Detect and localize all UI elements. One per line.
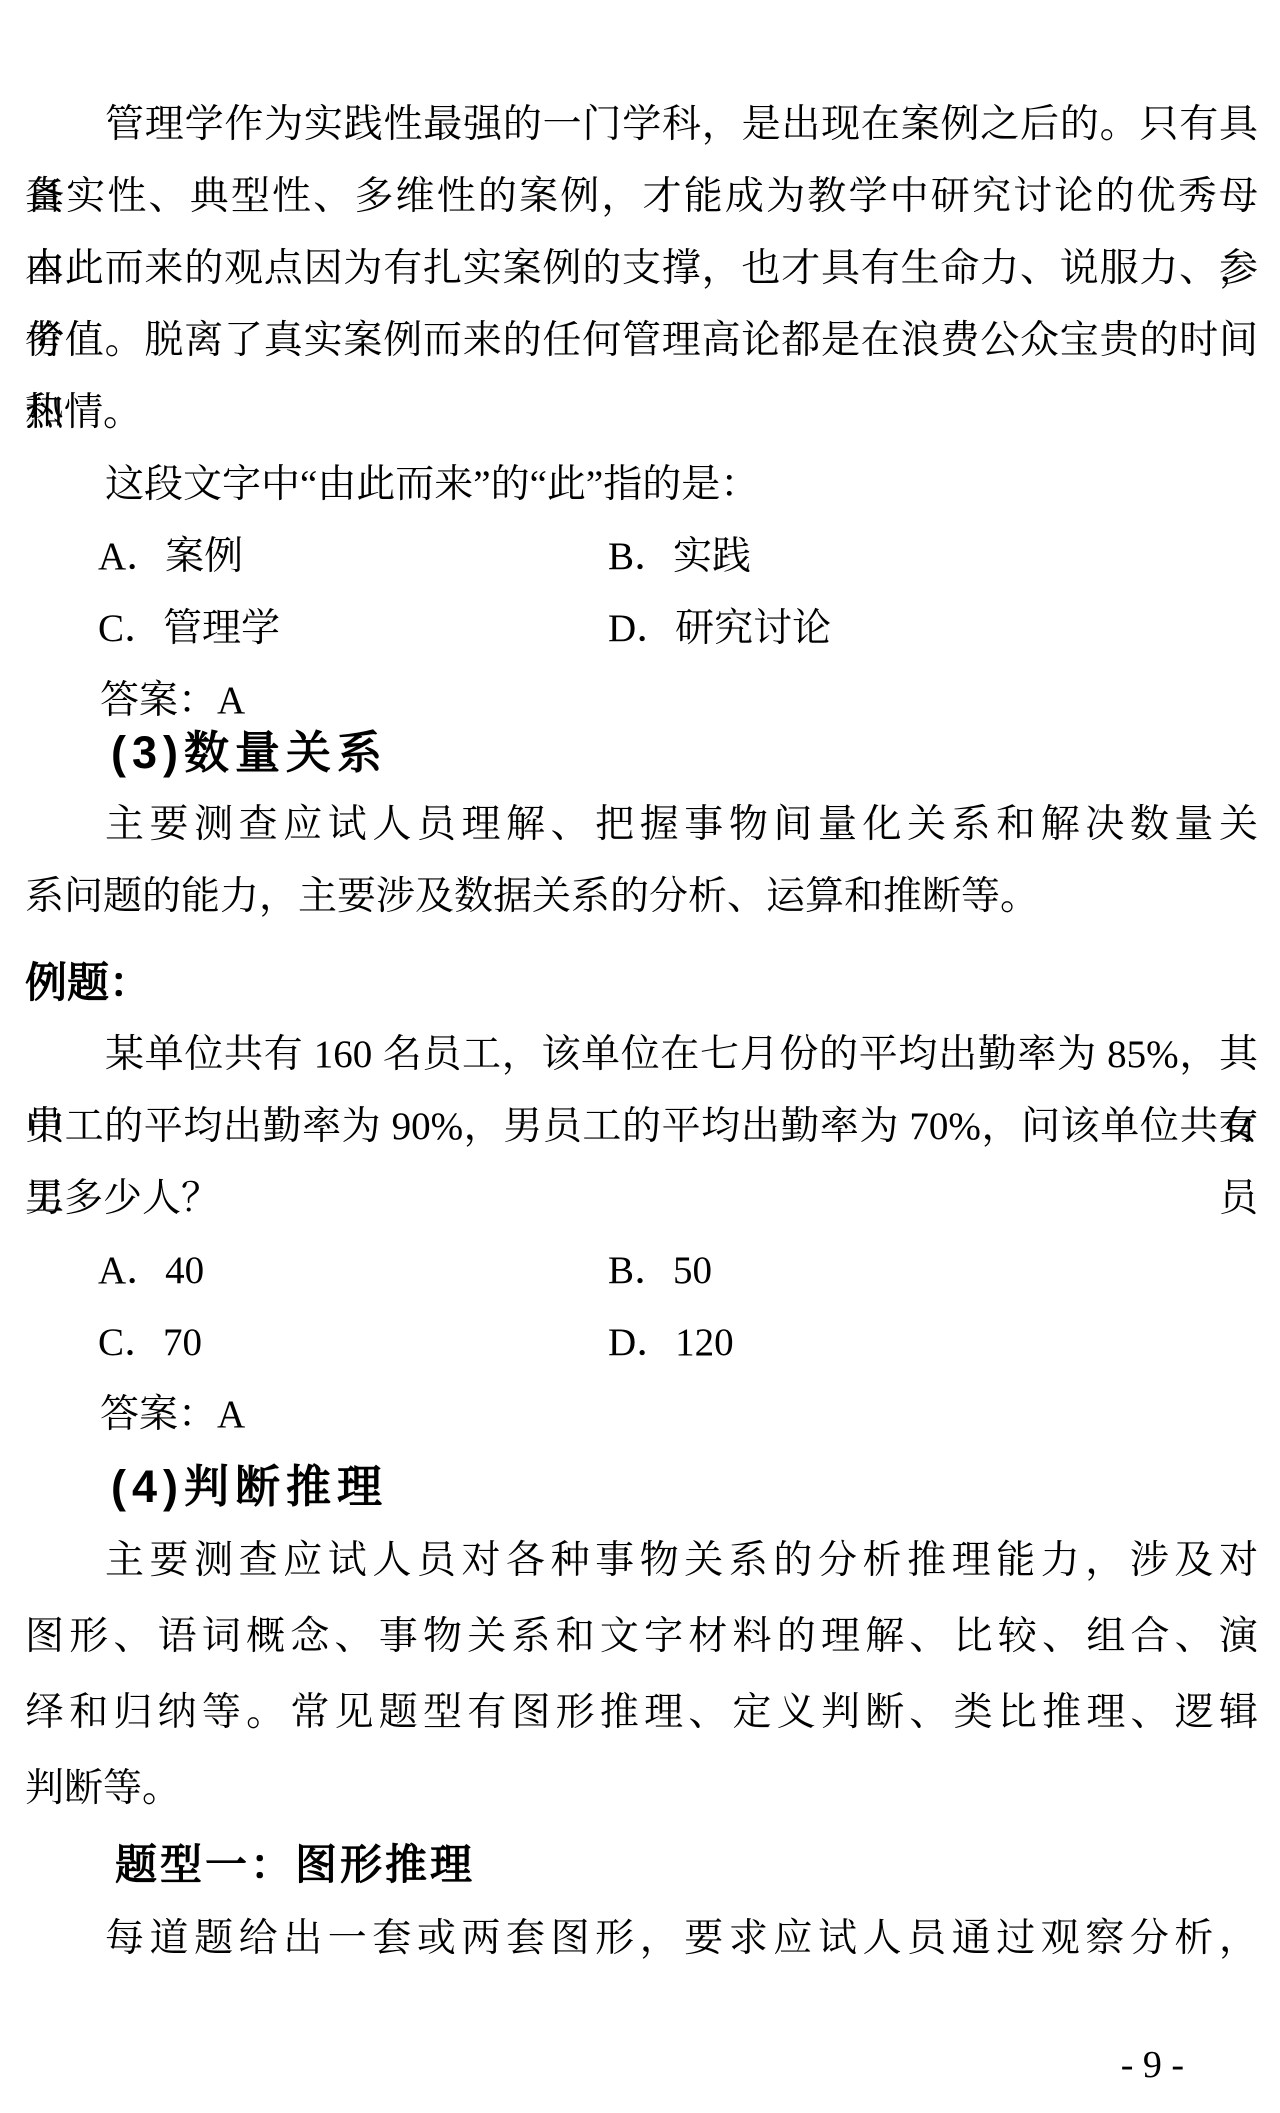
option-a: A．40 [98,1235,608,1307]
section-3-desc-line: 系问题的能力，主要涉及数据关系的分析、运算和推断等。 [25,861,1258,933]
question-2-options-row-1: A．40 B．50 [25,1235,1258,1307]
section-4: (4)判断推理 主要测查应试人员对各种事物关系的分析推理能力，涉及对 图形、语词… [25,1451,1258,1975]
question-1-stem: 这段文字中“由此而来”的“此”指的是： [25,449,1258,521]
passage-line: 热情。 [25,377,1258,449]
document-page: { "passage1": { "lines": [ "管理学作为实践性最强的一… [0,0,1280,2113]
passage-line: 价值。脱离了真实案例而来的任何管理高论都是在浪费公众宝贵的时间和 [25,305,1258,377]
document-body: 管理学作为实践性最强的一门学科，是出现在案例之后的。只有具备 真实性、典型性、多… [25,89,1258,1975]
question-type-1-heading: 题型一：图形推理 [25,1827,1258,1903]
option-b: B．50 [608,1235,1258,1307]
question-2-options-row-2: C．70 D．120 [25,1307,1258,1379]
passage-line: 管理学作为实践性最强的一门学科，是出现在案例之后的。只有具备 [25,89,1258,161]
example-label: 例题： [25,947,1258,1019]
passage-paragraph: 管理学作为实践性最强的一门学科，是出现在案例之后的。只有具备 真实性、典型性、多… [25,89,1258,449]
section-4-intro-line: 每道题给出一套或两套图形，要求应试人员通过观察分析， [25,1903,1258,1975]
question-1: 这段文字中“由此而来”的“此”指的是： A．案例 B．实践 C．管理学 D．研究… [25,449,1258,737]
section-4-desc-line: 绎和归纳等。常见题型有图形推理、定义判断、类比推理、逻辑 [25,1675,1258,1751]
section-4-desc-line: 图形、语词概念、事物关系和文字材料的理解、比较、组合、演 [25,1599,1258,1675]
section-3: (3)数量关系 主要测查应试人员理解、把握事物间量化关系和解决数量关 系问题的能… [25,717,1258,1019]
section-4-desc-line: 主要测查应试人员对各种事物关系的分析推理能力，涉及对 [25,1523,1258,1599]
option-a: A．案例 [98,521,608,593]
passage-line: 由此而来的观点因为有扎实案例的支撑，也才具有生命力、说服力、参考 [25,233,1258,305]
page-number: - 9 - [1121,2040,1184,2090]
question-2-stem-line: 员工的平均出勤率为 90%，男员工的平均出勤率为 70%，问该单位共有男员 [25,1091,1258,1163]
question-1-options-row-2: C．管理学 D．研究讨论 [25,593,1258,665]
option-d: D．120 [608,1307,1258,1379]
section-3-heading: (3)数量关系 [25,717,1258,789]
question-2: 某单位共有 160 名员工，该单位在七月份的平均出勤率为 85%，其中女 员工的… [25,1019,1258,1451]
question-2-answer: 答案：A [25,1379,1258,1451]
section-4-heading: (4)判断推理 [25,1451,1258,1523]
option-b: B．实践 [608,521,1258,593]
question-2-stem-line: 某单位共有 160 名员工，该单位在七月份的平均出勤率为 85%，其中女 [25,1019,1258,1091]
option-d: D．研究讨论 [608,593,1258,665]
section-3-desc-line: 主要测查应试人员理解、把握事物间量化关系和解决数量关 [25,789,1258,861]
section-4-desc-line: 判断等。 [25,1751,1258,1827]
option-c: C．管理学 [98,593,608,665]
passage-line: 真实性、典型性、多维性的案例，才能成为教学中研究讨论的优秀母本， [25,161,1258,233]
option-c: C．70 [98,1307,608,1379]
question-1-options-row-1: A．案例 B．实践 [25,521,1258,593]
